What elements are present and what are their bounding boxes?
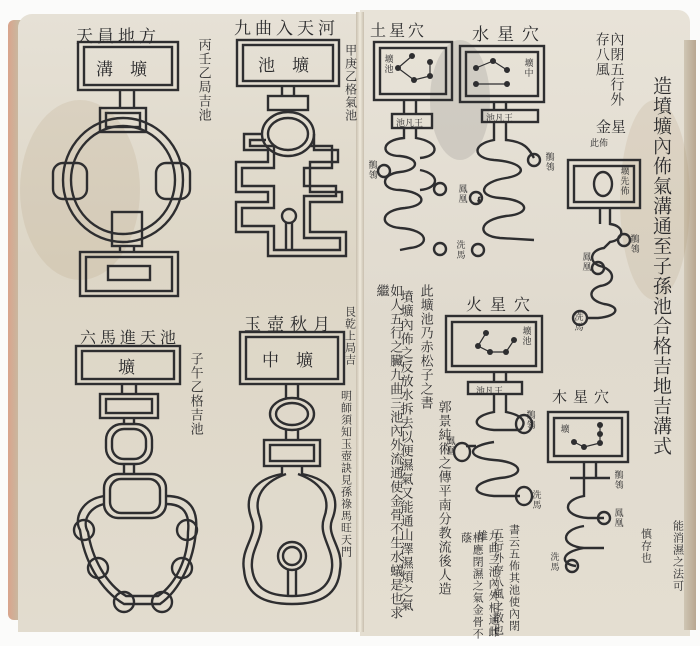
bottom-note-column-4: 相應閉濕之氣金骨不蔭 — [460, 532, 483, 646]
water-star-box-text: 壙中 — [522, 58, 531, 78]
diagram-six-horses — [74, 346, 197, 612]
wood-star-label-1: 鶺鴒 — [612, 470, 621, 490]
diagram-2-box-text: 池 壙 — [258, 51, 309, 76]
earth-star-label-1: 鶺鴒 — [366, 160, 375, 180]
body-text-column-3: 如人五行之臟九曲三池內外流通使金骨不生水蟻是也求繼 — [374, 284, 401, 630]
water-star-label-2: 鳳凰 — [456, 184, 465, 204]
bottom-note-column-1: 書云五佈其池使內閉 — [508, 524, 520, 632]
earth-star-box-text: 壙池 — [382, 54, 391, 74]
diagram-wood-star — [548, 412, 628, 572]
main-heading-note-1: 能消濕之法可 — [672, 520, 684, 592]
body-text-column-1b: 郭景純術之傳平南分教流後人造 — [436, 400, 450, 630]
diagram-jade-pot — [240, 332, 344, 604]
diagram-4-side-note-1: 艮乾上局吉 — [344, 306, 356, 366]
wood-star-box-text: 壙 — [558, 424, 567, 434]
metal-star-box-text: 壙先佈 — [618, 166, 627, 196]
fire-star-channel-label: 池凡王 — [476, 384, 503, 397]
fire-star-box-text: 壙池 — [520, 326, 529, 346]
diagram-2-side-note: 甲庚乙格氣池 — [344, 44, 357, 122]
water-star-label-1: 鶺鴒 — [543, 152, 552, 172]
diagram-1-title: 天員地方 — [76, 22, 160, 47]
diagram-2-title: 九曲入天河 — [234, 14, 339, 39]
earth-star-channel-label: 池凡王 — [396, 116, 423, 129]
metal-star-label-1: 鶺鴒 — [628, 234, 637, 254]
metal-star-subtitle: 此佈 — [590, 136, 608, 149]
earth-star-title: 土星穴 — [370, 18, 427, 41]
metal-star-title: 金星 — [596, 116, 626, 137]
wood-star-label-3: 洗馬 — [548, 552, 557, 572]
diagram-1-side-note: 丙壬乙局吉池 — [196, 38, 210, 122]
diagram-4-box-text: 中 壙 — [262, 346, 313, 371]
metal-star-label-3: 洗馬 — [572, 312, 581, 332]
diagram-4-side-note-2: 明師須知玉壺訣見孫祿馬旺天門 — [340, 390, 352, 558]
diagram-1-box-text: 溝 壙 — [96, 55, 147, 80]
header-note: 內閉五行外存八風 — [594, 32, 623, 116]
wood-star-label-2: 鳳凰 — [612, 508, 621, 528]
metal-star-label-2: 鳳凰 — [580, 252, 589, 272]
water-star-title: 水星穴 — [472, 20, 547, 45]
fire-star-label-1: 鶺鴒 — [524, 410, 533, 430]
wood-star-title: 木星穴 — [552, 386, 615, 407]
main-heading-note-2: 慎存也 — [640, 528, 652, 564]
water-star-channel-label: 池凡王 — [486, 111, 513, 124]
manuscript-photo: 天員地方 溝 壙 丙壬乙局吉池 九曲入天河 池 壙 甲庚乙格氣池 六馬進天池 壙… — [0, 0, 700, 646]
main-heading-column: 造墳壙內佈氣溝通至子孫池合格吉地吉溝式 — [650, 76, 670, 546]
body-text-column-1: 此壙池乃赤松子之書 — [418, 284, 432, 624]
water-star-label-3: 洗馬 — [454, 240, 463, 260]
fire-star-label-3: 洗馬 — [530, 490, 539, 510]
diagram-round-heaven — [53, 42, 190, 296]
diagram-3-title: 六馬進天池 — [80, 325, 180, 348]
diagram-4-title: 玉壺秋月 — [244, 310, 336, 335]
fire-star-title: 火星穴 — [466, 292, 538, 315]
diagram-3-side-note: 子午乙格吉池 — [188, 352, 202, 436]
diagram-3-box-text: 壙 — [118, 353, 135, 378]
